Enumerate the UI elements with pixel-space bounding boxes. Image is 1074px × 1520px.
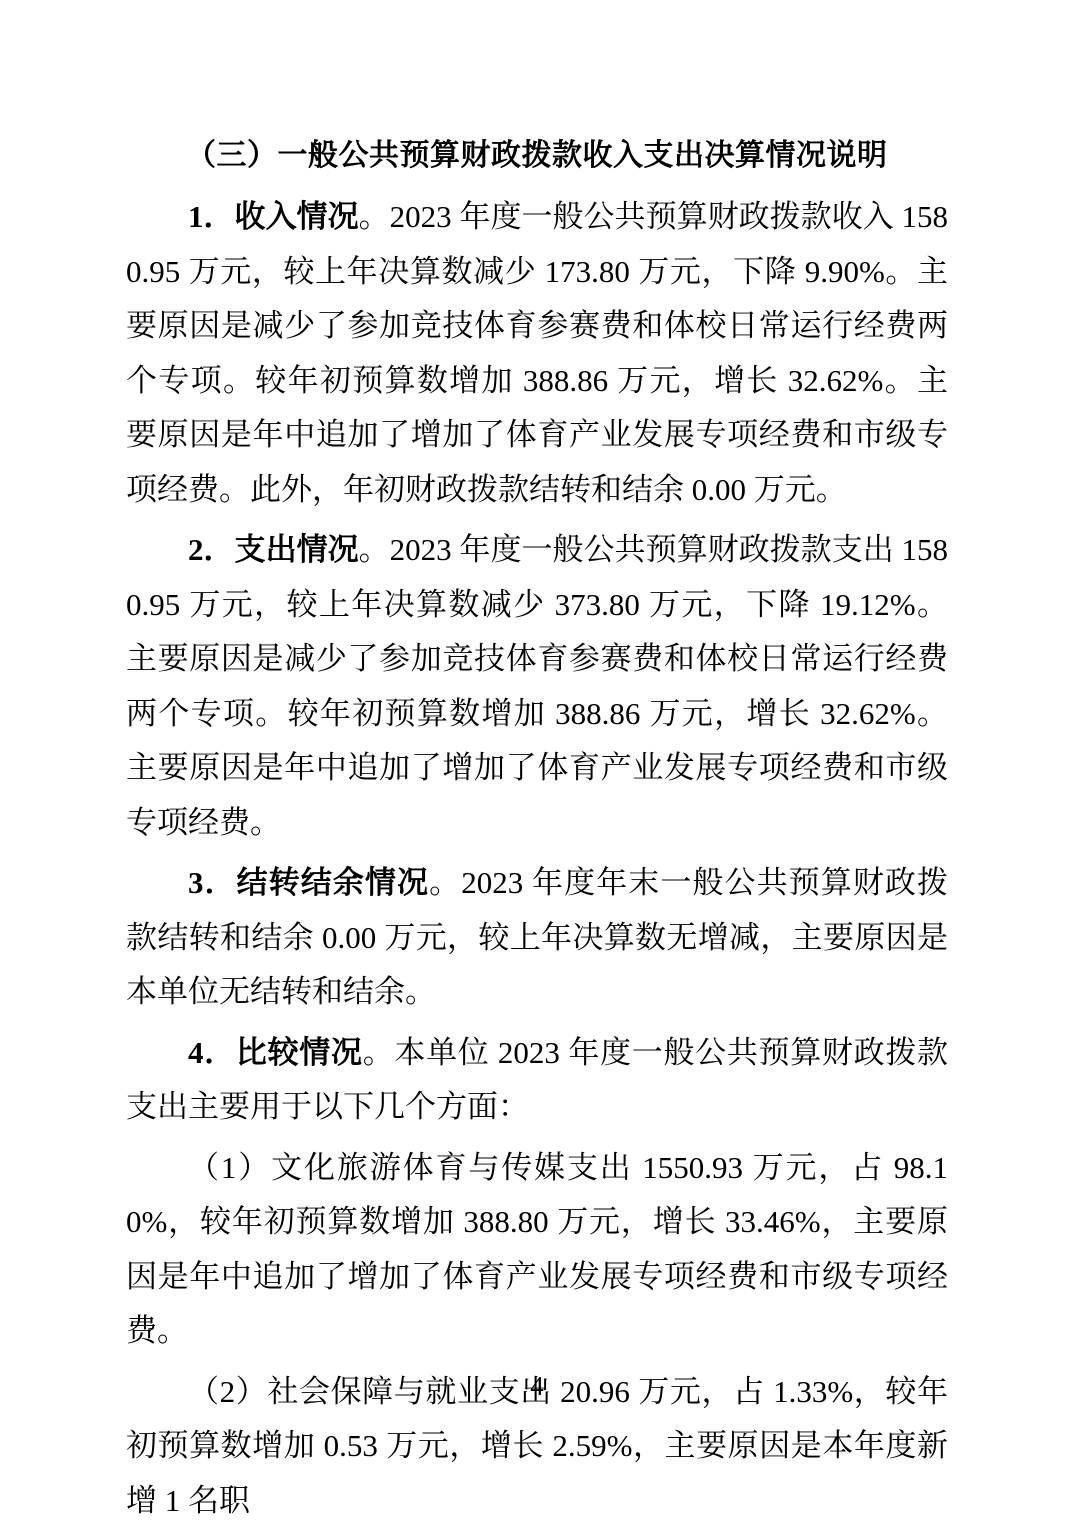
document-page: （三）一般公共预算财政拨款收入支出决算情况说明 1．收入情况。2023 年度一般… [0,0,1074,1520]
section-heading: （三）一般公共预算财政拨款收入支出决算情况说明 [126,128,948,184]
paragraph-comparison: 4．比较情况。本单位 2023 年度一般公共预算财政拨款支出主要用于以下几个方面… [126,1026,948,1135]
paragraph-lead: 2．支出情况 [188,532,359,567]
paragraph-expenditure: 2．支出情况。2023 年度一般公共预算财政拨款支出 1580.95 万元，较上… [126,523,948,850]
page-number: 4 [0,1368,1074,1404]
paragraph-lead: 3．结转结余情况 [188,865,429,900]
paragraph-text: 。2023 年度一般公共预算财政拨款收入 1580.95 万元，较上年决算数减少… [126,199,948,507]
paragraph-lead: 4．比较情况 [188,1035,363,1070]
paragraph-lead: 1．收入情况 [188,199,359,234]
paragraph-carryover: 3．结转结余情况。2023 年度年末一般公共预算财政拨款结转和结余 0.00 万… [126,856,948,1020]
paragraph-text: 。2023 年度一般公共预算财政拨款支出 1580.95 万元，较上年决算数减少… [126,532,948,840]
paragraph-text: （1）文化旅游体育与传媒支出 1550.93 万元，占 98.10%，较年初预算… [126,1150,948,1349]
paragraph-income: 1．收入情况。2023 年度一般公共预算财政拨款收入 1580.95 万元，较上… [126,190,948,517]
document-body: （三）一般公共预算财政拨款收入支出决算情况说明 1．收入情况。2023 年度一般… [126,128,948,1520]
paragraph-item-culture-sports: （1）文化旅游体育与传媒支出 1550.93 万元，占 98.10%，较年初预算… [126,1141,948,1359]
